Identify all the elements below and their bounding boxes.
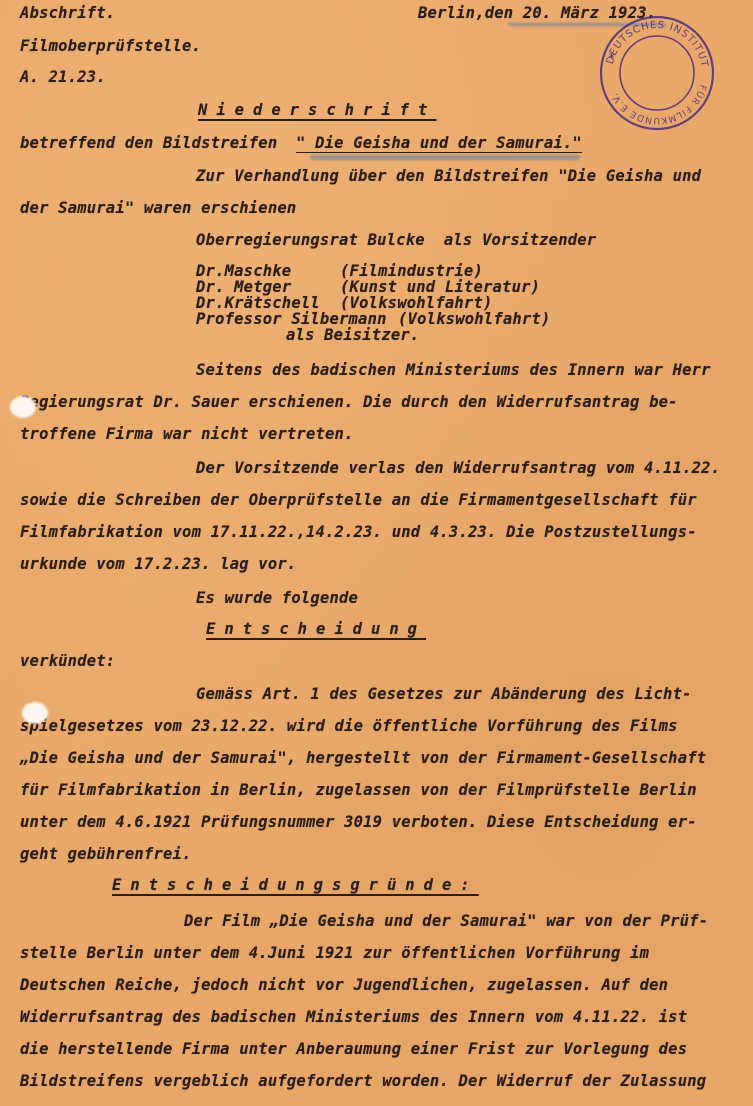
reasons-line: Widerrufsantrag des badischen Ministeriu… bbox=[20, 1008, 687, 1026]
svg-text:DEUTSCHES INSTITUT: DEUTSCHES INSTITUT bbox=[605, 20, 710, 69]
punch-hole bbox=[10, 396, 36, 418]
pencil-underline bbox=[310, 155, 580, 160]
decision-line: „Die Geisha und der Samurai", hergestell… bbox=[20, 749, 706, 767]
issuer: Filmoberprüfstelle. bbox=[20, 37, 201, 55]
para2-line: Filmfabrikation vom 17.11.22.,14.2.23. u… bbox=[20, 523, 697, 541]
decision-line: Gemäss Art. 1 des Gesetzes zur Abänderun… bbox=[196, 685, 692, 703]
decision-line: spielgesetzes vom 23.12.22. wird die öff… bbox=[20, 717, 678, 735]
document-title: Niederschrift bbox=[198, 101, 436, 119]
para1-line: Regierungsrat Dr. Sauer erschienen. Die … bbox=[20, 393, 678, 411]
reasons-heading: Entscheidungsgründe: bbox=[112, 876, 479, 894]
decision-line: für Filmfabrikation in Berlin, zugelasse… bbox=[20, 781, 697, 799]
intro-line-1: Zur Verhandlung über den Bildstreifen "D… bbox=[196, 167, 701, 185]
decision-intro: verkündet: bbox=[20, 652, 115, 670]
decision-line: geht gebührenfrei. bbox=[20, 845, 192, 863]
para1-line: Seitens des badischen Ministeriums des I… bbox=[196, 361, 711, 379]
para3: Es wurde folgende bbox=[196, 589, 358, 607]
reasons-line: Der Film „Die Geisha und der Samurai" wa… bbox=[184, 912, 708, 930]
stamp-top-text: DEUTSCHES INSTITUT bbox=[605, 20, 710, 69]
stamp-star: * bbox=[608, 51, 615, 65]
decision-heading: Entscheidung bbox=[206, 620, 426, 638]
header-copy-label: Abschrift. bbox=[20, 4, 115, 22]
reasons-line: Deutschen Reiche, jedoch nicht vor Jugen… bbox=[20, 976, 668, 994]
subject-prefix: betreffend den Bildstreifen bbox=[20, 134, 277, 152]
decision-line: unter dem 4.6.1921 Prüfungsnummer 3019 v… bbox=[20, 813, 697, 831]
file-number: A. 21.23. bbox=[20, 68, 106, 86]
reasons-line: Bildstreifens vergeblich aufgefordert wo… bbox=[20, 1072, 706, 1090]
members-role: als Beisitzer. bbox=[286, 326, 419, 344]
member-field: (Volkswohlfahrt) bbox=[398, 310, 551, 328]
reasons-line: stelle Berlin unter dem 4.Juni 1921 zur … bbox=[20, 944, 649, 962]
para2-line: urkunde vom 17.2.23. lag vor. bbox=[20, 555, 296, 573]
institute-stamp-icon: DEUTSCHES INSTITUT FÜR FILMKUNDE E.V. * bbox=[598, 14, 716, 132]
punch-hole bbox=[22, 702, 48, 724]
para2-line: Der Vorsitzende verlas den Widerrufsantr… bbox=[196, 459, 720, 477]
subject-film: " Die Geisha und der Samurai." bbox=[296, 134, 582, 152]
intro-line-2: der Samurai" waren erschienen bbox=[20, 199, 296, 217]
para1-line: troffene Firma war nicht vertreten. bbox=[20, 425, 354, 443]
reasons-line: die herstellende Firma unter Anberaumung… bbox=[20, 1040, 687, 1058]
para2-line: sowie die Schreiben der Oberprüfstelle a… bbox=[20, 491, 697, 509]
chair: Oberregierungsrat Bulcke als Vorsitzende… bbox=[196, 231, 596, 249]
